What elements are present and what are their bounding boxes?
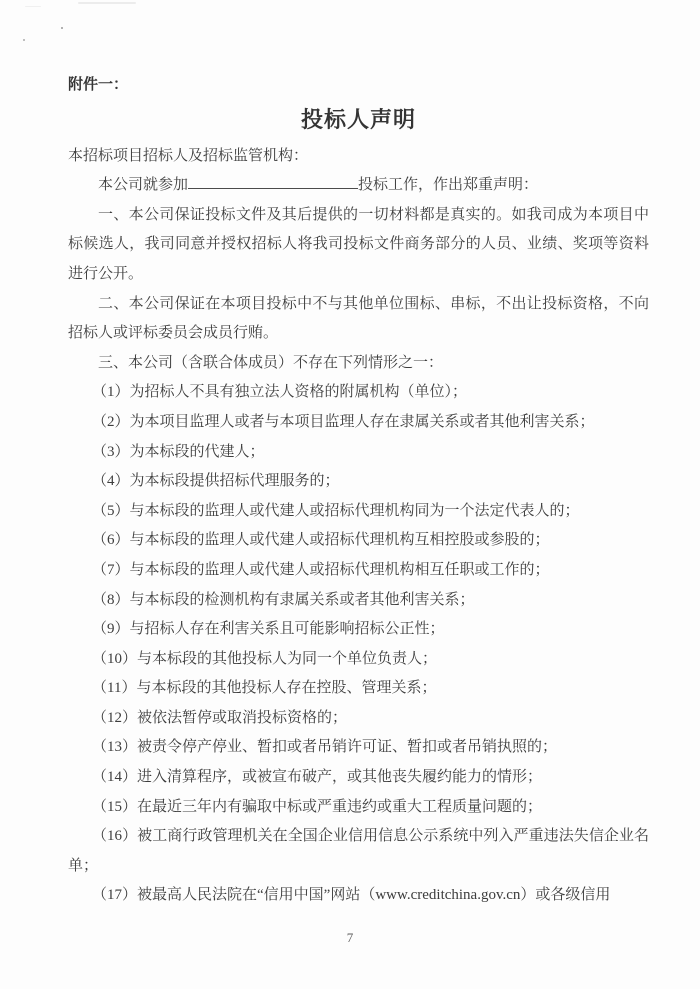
scan-speck (23, 39, 25, 41)
clause-item-11: （11）与本标段的其他投标人存在控股、管理关系； (68, 674, 649, 704)
clause-item-4: （4）为本标段提供招标代理服务的； (68, 467, 649, 497)
clause-item-6: （6）与本标段的监理人或代建人或招标代理机构互相控股或参股的； (68, 526, 649, 556)
document-body: 附件一： 投标人声明 本招标项目招标人及招标监管机构： 本公司就参加投标工作，作… (68, 71, 649, 911)
clause-item-13: （13）被责令停产停业、暂扣或者吊销许可证、暂扣或者吊销执照的； (68, 733, 649, 763)
clause-item-16: （16）被工商行政管理机关在全国企业信用信息公示系统中列入严重违法失信企业名单； (68, 822, 649, 881)
clause-item-8: （8）与本标段的检测机构有隶属关系或者其他利害关系； (68, 586, 649, 616)
clause-item-14: （14）进入清算程序，或被宣布破产，或其他丧失履约能力的情形； (68, 763, 649, 793)
clause-item-1: （1）为招标人不具有独立法人资格的附属机构（单位）； (68, 378, 649, 408)
document-content: 本招标项目招标人及招标监管机构： 本公司就参加投标工作，作出郑重声明： 一、本公… (68, 142, 649, 911)
attachment-label: 附件一： (68, 71, 649, 101)
declaration-line: 本公司就参加投标工作，作出郑重声明： (68, 171, 649, 201)
paragraph-2: 二、本公司保证在本项目投标中不与其他单位围标、串标，不出让投标资格，不向招标人或… (68, 290, 649, 349)
declaration-prefix: 本公司就参加 (98, 177, 188, 193)
scanned-document-page: 附件一： 投标人声明 本招标项目招标人及招标监管机构： 本公司就参加投标工作，作… (0, 0, 700, 989)
blank-underline-field (188, 176, 358, 189)
clause-item-3: （3）为本标段的代建人； (68, 438, 649, 468)
paragraph-1: 一、本公司保证投标文件及其后提供的一切材料都是真实的。如我司成为本项目中标候选人… (68, 201, 649, 290)
declaration-suffix: 投标工作，作出郑重声明： (358, 177, 538, 193)
clause-item-2: （2）为本项目监理人或者与本项目监理人存在隶属关系或者其他利害关系； (68, 408, 649, 438)
clause-item-12: （12）被依法暂停或取消投标资格的； (68, 704, 649, 734)
section-3-heading: 三、本公司（含联合体成员）不存在下列情形之一： (68, 349, 649, 379)
intro-line: 本招标项目招标人及招标监管机构： (68, 142, 649, 172)
clause-item-17: （17）被最高人民法院在“信用中国”网站（www.creditchina.gov… (68, 881, 649, 911)
scan-smudge (78, 2, 136, 4)
document-title: 投标人声明 (68, 103, 649, 137)
clause-item-5: （5）与本标段的监理人或代建人或招标代理机构同为一个法定代表人的； (68, 497, 649, 527)
clause-item-15: （15）在最近三年内有骗取中标或严重违约或重大工程质量问题的； (68, 793, 649, 823)
scan-smudge (25, 6, 41, 7)
page-number: 7 (0, 930, 700, 946)
clause-item-10: （10）与本标段的其他投标人为同一个单位负责人； (68, 645, 649, 675)
clause-item-9: （9）与招标人存在利害关系且可能影响招标公正性； (68, 615, 649, 645)
clause-item-7: （7）与本标段的监理人或代建人或招标代理机构相互任职或工作的； (68, 556, 649, 586)
scan-speck (61, 27, 63, 29)
